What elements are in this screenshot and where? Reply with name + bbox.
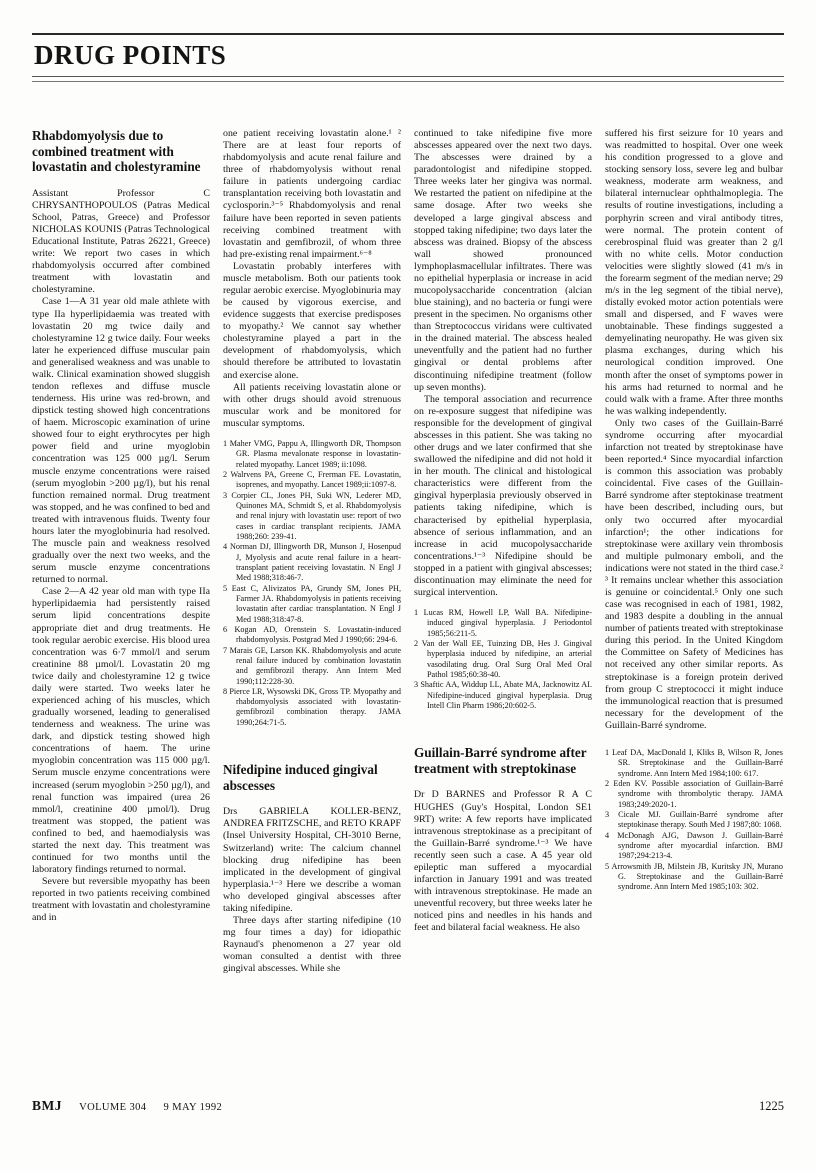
article-1-title: Rhabdomyolysis due to combined treatment… xyxy=(32,128,210,175)
article-1-paragraph: Lovastatin probably interferes with musc… xyxy=(223,261,401,382)
article-1-paragraph: All patients receiving lovastatin alone … xyxy=(223,382,401,430)
article-1-references: 1 Maher VMG, Pappu A, Illingworth DR, Th… xyxy=(223,439,401,728)
reference-item: 1 Lucas RM, Howell LP, Wall BA. Nifedipi… xyxy=(414,608,592,639)
reference-item: 3 Cicale MJ. Guillain-Barré syndrome aft… xyxy=(605,810,783,831)
reference-item: 8 Pierce LR, Wysowski DK, Gross TP. Myop… xyxy=(223,687,401,728)
article-columns: Rhabdomyolysis due to combined treatment… xyxy=(32,128,784,1086)
reference-item: 1 Maher VMG, Pappu A, Illingworth DR, Th… xyxy=(223,439,401,470)
reference-item: 7 Marais GE, Larson KK. Rhabdomyolysis a… xyxy=(223,646,401,687)
article-2-paragraph: Three days after starting nifedipine (10… xyxy=(223,915,401,975)
article-2-paragraph: The temporal association and recurrence … xyxy=(414,394,592,599)
page-number: 1225 xyxy=(759,1099,784,1114)
article-3-paragraph-continued: suffered his first seizure for 10 years … xyxy=(605,128,783,418)
footer-left: BMJ VOLUME 304 9 MAY 1992 xyxy=(32,1098,226,1114)
article-2-paragraph-continued: continued to take nifedipine five more a… xyxy=(414,128,592,394)
reference-item: 6 Kogan AD, Orenstein S. Lovastatin-indu… xyxy=(223,625,401,646)
reference-item: 5 Arrowsmith JB, Milstein JB, Kuritsky J… xyxy=(605,862,783,893)
column-4: suffered his first seizure for 10 years … xyxy=(605,128,783,1086)
article-1-paragraph-continued: one patient receiving lovastatin alone.¹… xyxy=(223,128,401,261)
article-1-paragraph: Severe but reversible myopathy has been … xyxy=(32,876,210,924)
column-2: one patient receiving lovastatin alone.¹… xyxy=(223,128,401,1086)
article-3-title: Guillain-Barré syndrome after treatment … xyxy=(414,745,592,776)
reference-item: 2 Walrvens PA, Greene C, Frerman FE. Lov… xyxy=(223,470,401,491)
reference-item: 4 Norman DJ, Illingworth DR, Munson J, H… xyxy=(223,542,401,583)
reference-item: 3 Shaftic AA, Widdup LL, Abate MA, Jackn… xyxy=(414,680,592,711)
article-1-case-2: Case 2—A 42 year old man with type IIa h… xyxy=(32,586,210,876)
page-header: DRUG POINTS xyxy=(32,33,784,82)
column-3: continued to take nifedipine five more a… xyxy=(414,128,592,1086)
article-2-byline: Drs GABRIELA KOLLER-BENZ, ANDREA FRITZSC… xyxy=(223,806,401,915)
article-3-paragraph: Only two cases of the Guillain-Barré syn… xyxy=(605,418,783,732)
page-footer: BMJ VOLUME 304 9 MAY 1992 1225 xyxy=(32,1098,784,1114)
reference-item: 5 East C, Alivizatos PA, Grundy SM, Jone… xyxy=(223,584,401,625)
article-2-references: 1 Lucas RM, Howell LP, Wall BA. Nifedipi… xyxy=(414,608,592,711)
article-3-references: 1 Leaf DA, MacDonald I, Kliks B, Wilson … xyxy=(605,748,783,893)
section-title: DRUG POINTS xyxy=(34,40,784,71)
reference-item: 4 McDonagh AJG, Dawson J. Guillain-Barré… xyxy=(605,831,783,862)
article-1-case-1: Case 1—A 31 year old male athlete with t… xyxy=(32,296,210,586)
journal-volume: VOLUME 304 xyxy=(79,1102,146,1113)
reference-item: 1 Leaf DA, MacDonald I, Kliks B, Wilson … xyxy=(605,748,783,779)
header-divider xyxy=(32,76,784,82)
issue-date: 9 MAY 1992 xyxy=(164,1102,223,1113)
column-1: Rhabdomyolysis due to combined treatment… xyxy=(32,128,210,1086)
article-1-byline: Assistant Professor C CHRYSANTHOPOULOS (… xyxy=(32,188,210,297)
article-3-byline: Dr D BARNES and Professor R A C HUGHES (… xyxy=(414,789,592,934)
reference-item: 2 Van der Wall EE, Tuinzing DB, Hes J. G… xyxy=(414,639,592,680)
journal-page: DRUG POINTS Rhabdomyolysis due to combin… xyxy=(0,0,816,1173)
journal-name: BMJ xyxy=(32,1098,62,1113)
reference-item: 3 Corpier CL, Jones PH, Suki WN, Lederer… xyxy=(223,491,401,543)
reference-item: 2 Eden KV. Possible association of Guill… xyxy=(605,779,783,810)
article-2-title: Nifedipine induced gingival abscesses xyxy=(223,762,401,793)
